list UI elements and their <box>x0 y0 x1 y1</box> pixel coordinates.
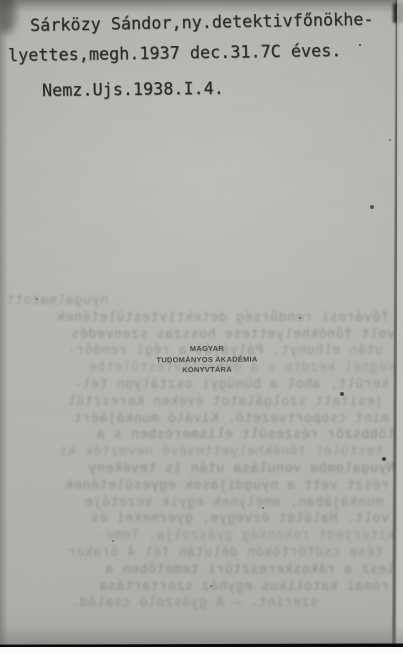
bleedthrough-text-layer: nyugalmazott fővárosi rendőrség detektiv… <box>6 292 395 611</box>
stamp-line: KÖNYVTÁRA <box>150 365 264 376</box>
library-stamp: MAGYAR TUDOMÁNYOS AKADÉMIA KÖNYVTÁRA <box>150 344 264 376</box>
card-left-edge-shadow <box>0 0 8 648</box>
bleedthrough-line: részt vett a nyugdijasok egyesületének <box>6 477 389 494</box>
bleedthrough-line: testület főnökhelyettesévé nevezték ki <box>6 443 383 460</box>
bleedthrough-line: nyugalmazott <box>6 292 383 309</box>
typed-line: Nemz.Ujs.1938.I.4. <box>42 78 224 100</box>
bleedthrough-line: római katolikus egyház szertartása <box>6 578 389 595</box>
bleedthrough-line: került, ahol a bünügyi osztályon tel- <box>6 376 389 393</box>
card-bottom-shadow <box>0 626 403 644</box>
bleedthrough-line: volt főnökhelyettese hosszas szenvedés <box>6 326 395 343</box>
catalog-card-paper: nyugalmazott fővárosi rendőrség detektiv… <box>0 0 403 648</box>
card-top-edge-shadow <box>0 0 403 13</box>
scan-background-strip <box>0 647 403 654</box>
bleedthrough-line: szerint. — A gyászoló család. <box>6 594 383 611</box>
bleedthrough-line: munkájában, amelynek egyik vezetője <box>6 494 383 511</box>
bleedthrough-line: volt. Halálát özvegye, gyermekei és <box>6 510 389 527</box>
scanned-card-page: nyugalmazott fővárosi rendőrség detektiv… <box>0 0 403 654</box>
bleedthrough-line: lesz a rákoskeresztúri temetőben a <box>6 561 395 578</box>
bleedthrough-line: kiterjedt rokonság gyászolja. Teme- <box>6 527 395 544</box>
bleedthrough-line: tése csütörtökön délután fél 4 órakor <box>6 544 383 561</box>
card-right-margin <box>397 0 403 648</box>
stamp-line: TUDOMÁNYOS AKADÉMIA <box>150 354 264 365</box>
typed-line: lyettes,megh.1937 dec.31.7C éves. <box>8 40 342 65</box>
bleedthrough-line: többször részesült elismerésben s a <box>6 426 395 443</box>
bleedthrough-line: Nyugalomba vonulása után is tevékeny <box>6 460 395 477</box>
bleedthrough-line: mint csoportvezető. Kiváló munkájáért <box>6 410 389 427</box>
bleedthrough-line: fővárosi rendőrség detektivtestületének <box>6 309 389 326</box>
bleedthrough-line: jesitett szolgálatot éveken keresztül <box>6 393 383 410</box>
